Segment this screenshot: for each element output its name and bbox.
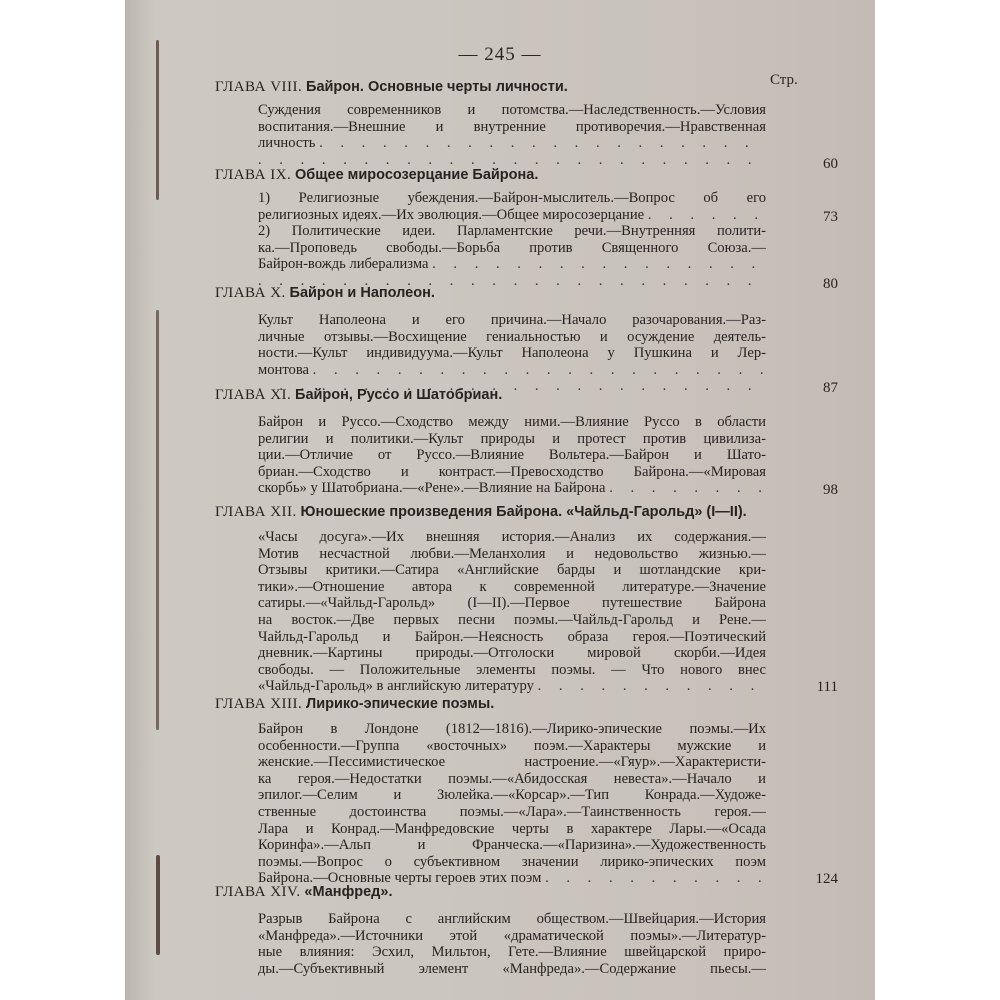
summary-line: Байрон-вождь либерализма . . . . . . . .… (258, 256, 766, 273)
summary-line: Разрыв Байрона с английским обществом.—Ш… (258, 911, 766, 928)
toc-chapter: ГЛАВА XIV. «Манфред». Разрыв Байрона с а… (215, 883, 805, 977)
summary-line: религии и политики.—Культ природы и прот… (258, 431, 766, 448)
summary-line: на восток.—Две первых песни поэмы.—Чайль… (258, 612, 766, 629)
summary-line: Коринфа».—Альп и Франческа.—«Паризина».—… (258, 837, 766, 854)
chapter-title: «Манфред». (304, 884, 392, 900)
summary-line: 1) Религиозные убеждения.—Байрон-мыслите… (258, 190, 766, 207)
summary-line: ка героя.—Недостатки поэмы.—«Абидосская … (258, 771, 766, 788)
chapter-heading: ГЛАВА XII. Юношеские произведения Байрон… (215, 503, 805, 521)
summary-line: свободы. — Положительные элементы поэмы.… (258, 662, 766, 679)
summary-line: ды.—Субъективный элемент «Манфреда».—Сод… (258, 961, 766, 978)
summary-line: Байрон в Лондоне (1812—1816).—Лирико-эпи… (258, 721, 766, 738)
toc-page-number: 98 (798, 482, 838, 499)
summary-line: сатиры.—«Чайльд-Гарольд» (I—II).—Первое … (258, 595, 766, 612)
summary-line: скорбь» у Шатобриана.—«Рене».—Влияние на… (258, 480, 766, 497)
summary-line: ные влияния: Эсхил, Мильтон, Гете.—Влиян… (258, 944, 766, 961)
chapter-heading: ГЛАВА XIII. Лирико-эпические поэмы. (215, 695, 805, 713)
chapter-number: ГЛАВА VIII. (215, 79, 302, 95)
chapter-title: Байрон и Наполеон. (290, 285, 435, 301)
leader-dots: . . . . . . . . . . . . . . . . . . . . … (538, 678, 766, 694)
summary-line: личные отзывы.—Восхищение гениальностью … (258, 329, 766, 346)
chapter-number: ГЛАВА XII. (215, 504, 297, 520)
chapter-heading: ГЛАВА X. Байрон и Наполеон. (215, 284, 805, 302)
chapter-summary: Суждения современников и потомства.—Насл… (258, 102, 766, 168)
summary-line: 2) Политические идеи. Парламентские речи… (258, 223, 766, 240)
summary-line: Байрон и Руссо.—Сходство между ними.—Вли… (258, 414, 766, 431)
binding-thread (156, 310, 159, 730)
chapter-title: Лирико-эпические поэмы. (306, 696, 494, 712)
summary-line: ственные достоинства поэмы.—«Лара».—Таин… (258, 804, 766, 821)
toc-chapter: ГЛАВА XIII. Лирико-эпические поэмы. Байр… (215, 695, 805, 887)
binding-thread (156, 855, 160, 955)
toc-page-number: 73 (798, 209, 838, 226)
chapter-summary: «Часы досуга».—Их внешняя история.—Анали… (258, 529, 766, 695)
page-gutter-shadow (125, 0, 155, 1000)
summary-line: Чайльд-Гарольд и Байрон.—Неясность образ… (258, 629, 766, 646)
chapter-summary: Культ Наполеона и его причина.—Начало ра… (258, 312, 766, 395)
chapter-title: Общее миросозерцание Байрона. (295, 167, 538, 183)
leader-dots: . . . . . . . . . . . . . . . . . . . . … (648, 207, 766, 223)
summary-line: тики».—Отношение автора к современной ли… (258, 579, 766, 596)
toc-chapter: ГЛАВА XI. Байрон, Руссо и Шатобриан. Бай… (215, 386, 805, 497)
summary-line: ности.—Культ индивидуума.—Культ Наполеон… (258, 345, 766, 362)
chapter-number: ГЛАВА X. (215, 285, 286, 301)
chapter-title: Юношеские произведения Байрона. «Чайльд-… (301, 504, 747, 520)
summary-line: особенности.—Группа «восточных» поэм.—Ха… (258, 738, 766, 755)
summary-line: Мотив несчастной любви.—Меланхолия и нед… (258, 546, 766, 563)
chapter-heading: ГЛАВА XI. Байрон, Руссо и Шатобриан. (215, 386, 805, 404)
toc-chapter: ГЛАВА IX. Общее миросозерцание Байрона. … (215, 166, 805, 290)
toc-chapter: ГЛАВА X. Байрон и Наполеон. Культ Наполе… (215, 284, 805, 395)
summary-line: эпилог.—Селим и Зюлейка.—«Корсар».—Тип К… (258, 787, 766, 804)
chapter-number: ГЛАВА XIV. (215, 884, 301, 900)
summary-line: Отзывы критики.—Сатира «Английские барды… (258, 562, 766, 579)
summary-line: личность . . . . . . . . . . . . . . . .… (258, 135, 766, 152)
chapter-title: Байрон, Руссо и Шатобриан. (295, 387, 502, 403)
summary-line: Суждения современников и потомства.—Насл… (258, 102, 766, 119)
summary-line: монтова . . . . . . . . . . . . . . . . … (258, 362, 766, 379)
chapter-title: Байрон. Основные черты личности. (306, 79, 568, 95)
summary-line: воспитания.—Внешние и внутренние противо… (258, 119, 766, 136)
leader-dots: . . . . . . . . . . . . . . . . . . . . … (432, 256, 766, 272)
toc-chapter: ГЛАВА XII. Юношеские произведения Байрон… (215, 503, 805, 695)
toc-page-number: 111 (798, 679, 838, 696)
leader-dots: . . . . . . . . . . . . . . . . . . . . … (313, 362, 766, 378)
summary-line: ка.—Проповедь свободы.—Борьба против Свя… (258, 240, 766, 257)
summary-line: ции.—Отличие от Руссо.—Влияние Вольтера.… (258, 447, 766, 464)
summary-line: бриан.—Сходство и контраст.—Превосходств… (258, 464, 766, 481)
book-page: — 245 — Стр. ГЛАВА VIII. Байрон. Основны… (125, 0, 875, 1000)
summary-line: дневник.—Картины природы.—Отголоски миро… (258, 645, 766, 662)
chapter-heading: ГЛАВА VIII. Байрон. Основные черты лично… (215, 78, 805, 96)
chapter-summary: Байрон в Лондоне (1812—1816).—Лирико-эпи… (258, 721, 766, 887)
summary-line: Культ Наполеона и его причина.—Начало ра… (258, 312, 766, 329)
summary-line: Лара и Конрад.—Манфредовские черты в хар… (258, 821, 766, 838)
chapter-heading: ГЛАВА IX. Общее миросозерцание Байрона. (215, 166, 805, 184)
chapter-number: ГЛАВА IX. (215, 167, 291, 183)
chapter-summary: Разрыв Байрона с английским обществом.—Ш… (258, 911, 766, 977)
chapter-number: ГЛАВА XI. (215, 387, 291, 403)
summary-line: религиозных идеях.—Их эволюция.—Общее ми… (258, 207, 766, 224)
chapter-number: ГЛАВА XIII. (215, 696, 302, 712)
leader-dots: . . . . . . . . . . . . . . . . . . . . … (609, 480, 766, 496)
summary-line: женские.—Пессимистическое настроение.—«Г… (258, 754, 766, 771)
leader-dots: . . . . . . . . . . . . . . . . . . . . … (319, 135, 766, 151)
summary-line: «Манфреда».—Источники этой «драматическо… (258, 928, 766, 945)
page-number-header: — 245 — (125, 44, 875, 66)
chapter-summary: 1) Религиозные убеждения.—Байрон-мыслите… (258, 190, 766, 290)
chapter-summary: Байрон и Руссо.—Сходство между ними.—Вли… (258, 414, 766, 497)
chapter-heading: ГЛАВА XIV. «Манфред». (215, 883, 805, 901)
summary-line: поэмы.—Вопрос о субъективном значении ли… (258, 854, 766, 871)
summary-line: «Часы досуга».—Их внешняя история.—Анали… (258, 529, 766, 546)
toc-chapter: ГЛАВА VIII. Байрон. Основные черты лично… (215, 78, 805, 168)
summary-line: «Чайльд-Гарольд» в английскую литературу… (258, 678, 766, 695)
